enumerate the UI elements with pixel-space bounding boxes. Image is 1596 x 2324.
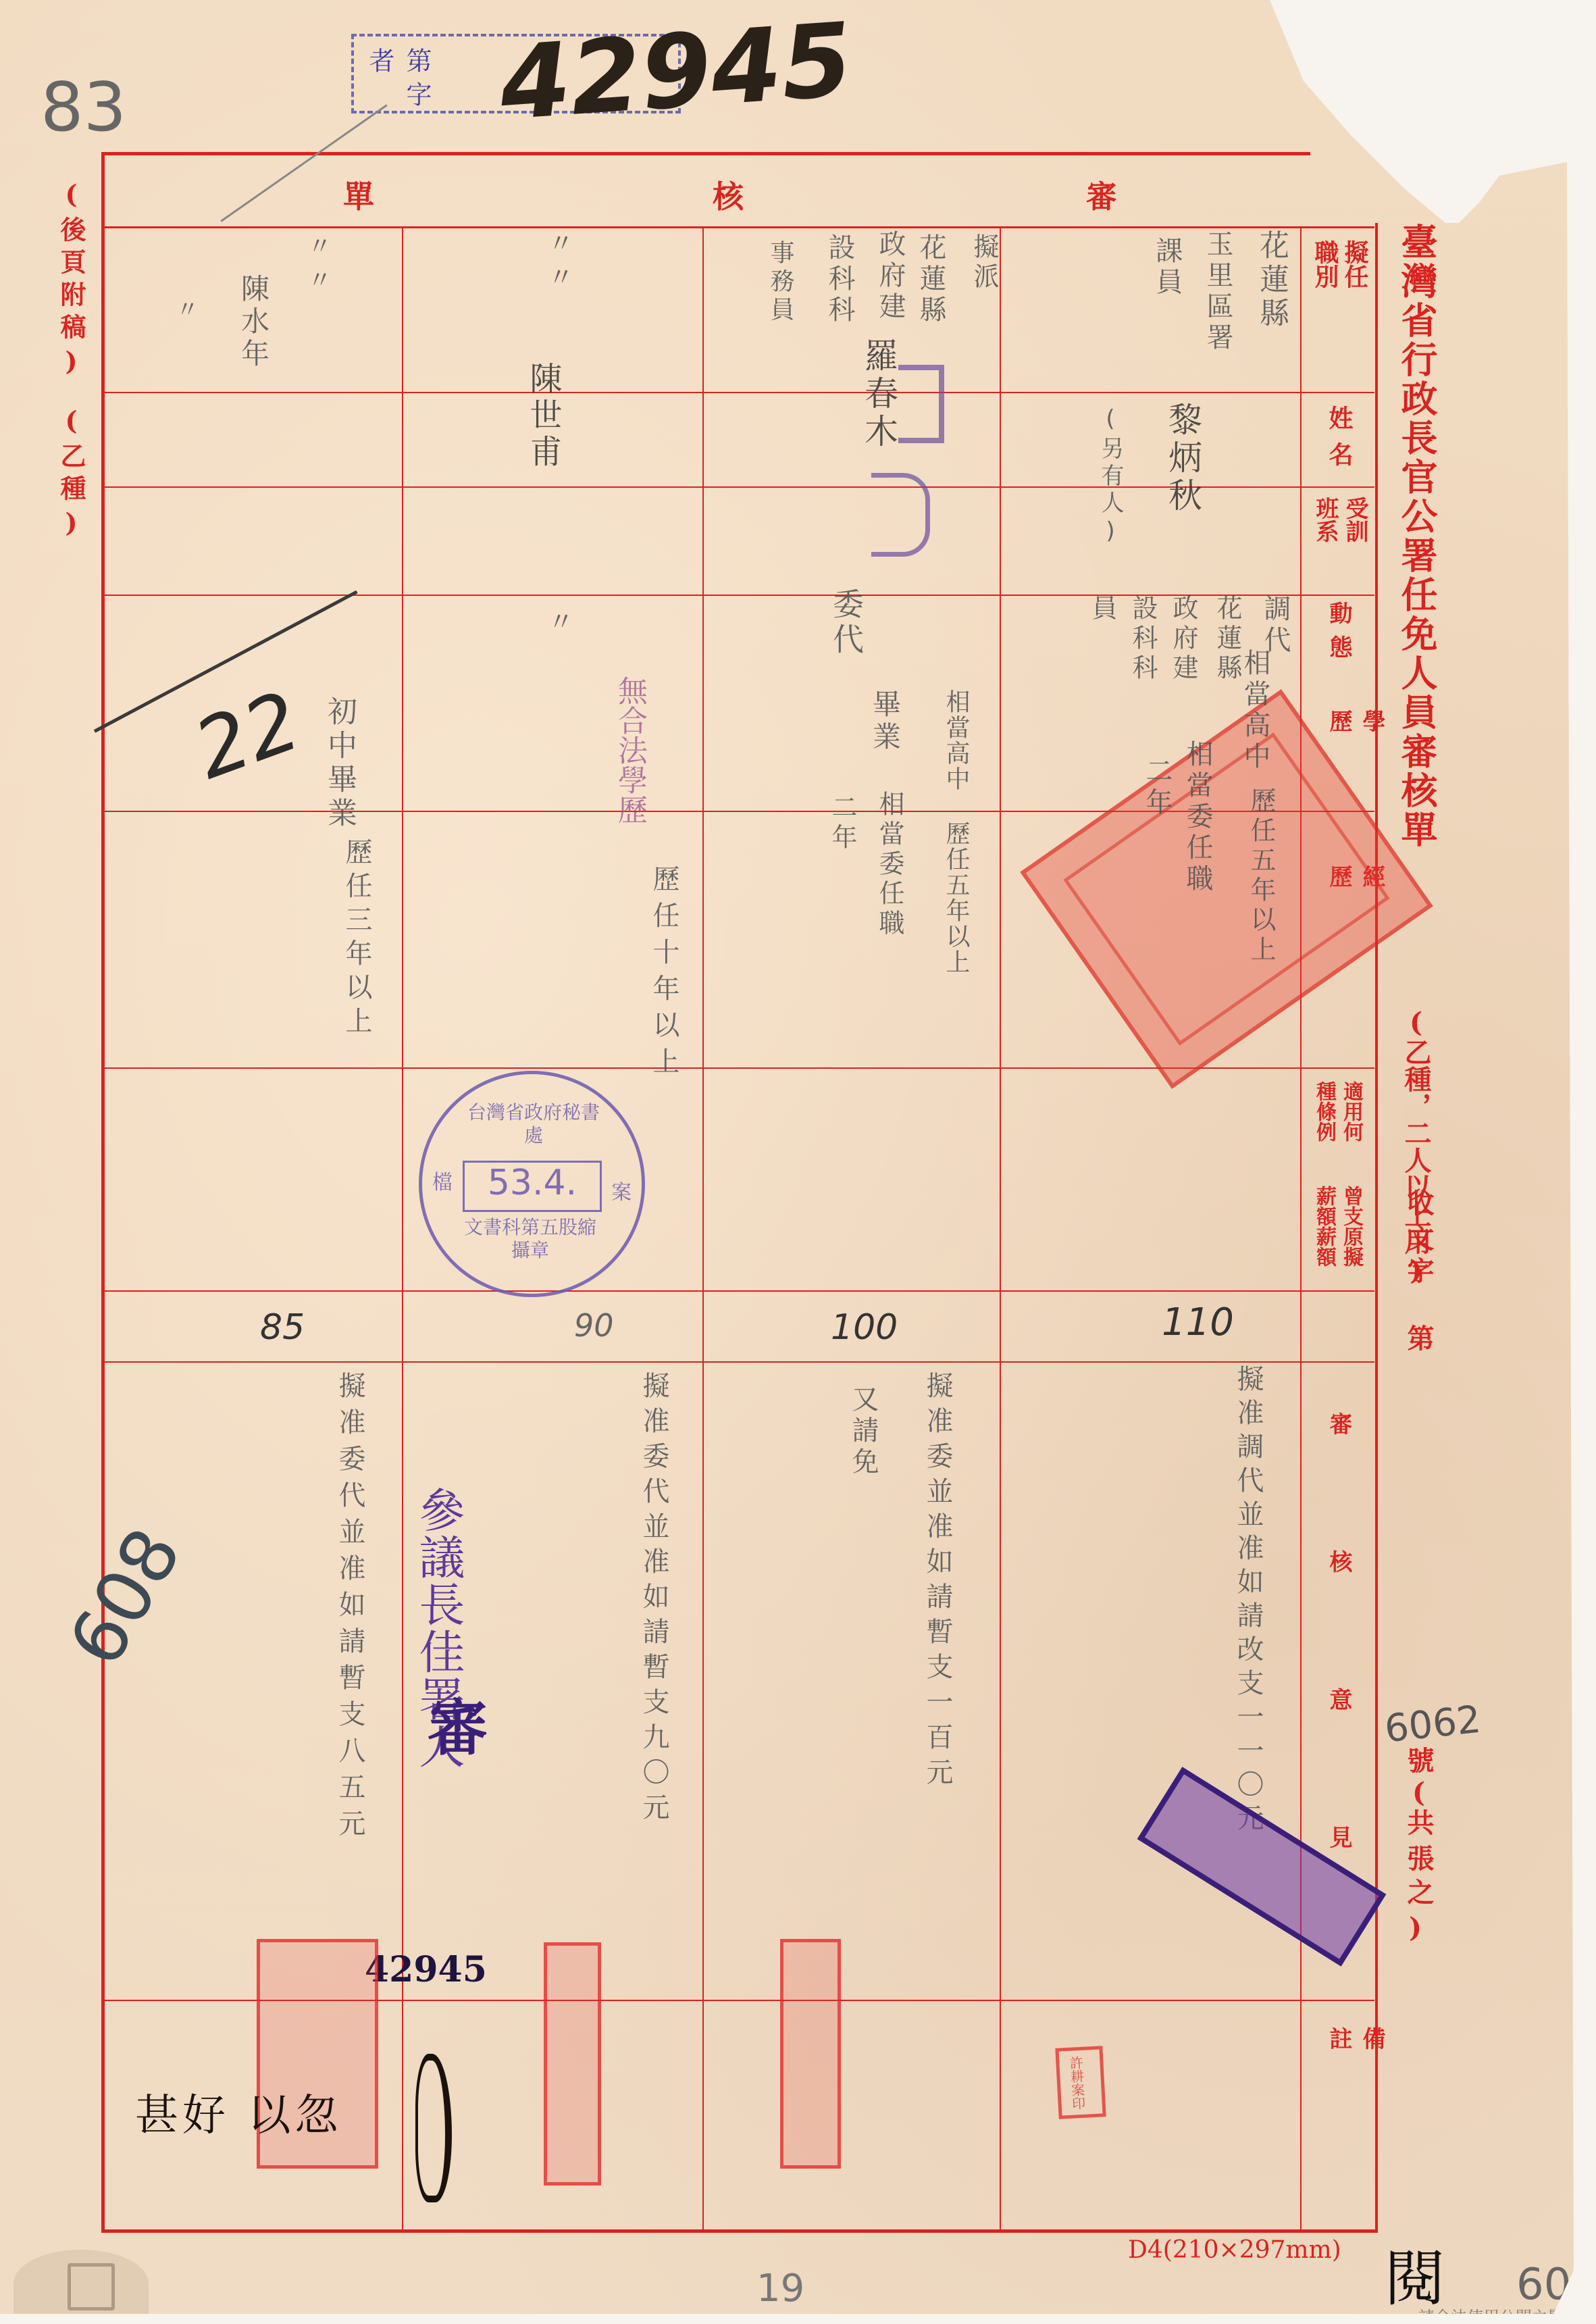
- person2-review-extra: 又請免: [844, 1385, 883, 1478]
- col-div-3: [1000, 226, 1001, 2233]
- receipt-label-1: 收文: [1399, 1189, 1438, 1259]
- person4-name: 陳水年: [233, 274, 274, 371]
- archive-logo-icon: [14, 2250, 149, 2317]
- person1-job-line2: 玉里區署: [1199, 230, 1237, 354]
- frame-top: [101, 152, 1310, 155]
- label-remarks: 備註: [1322, 2027, 1389, 2229]
- row-div-6: [105, 1290, 1374, 1292]
- person4-education: 初中畢業: [317, 696, 361, 831]
- red-seal-person2: [780, 1939, 841, 2169]
- person1-review: 擬准調代並准如請改支一一〇元: [1229, 1365, 1268, 1838]
- frame-bottom: [101, 2229, 1378, 2233]
- person1-status-1: 調代: [1256, 595, 1295, 657]
- person2-experience-3: 二年: [824, 794, 861, 853]
- top-stamp-text: 第 字 者: [361, 47, 436, 108]
- circle-stamp-bottom: 文書科第五股縮攝章: [456, 1216, 604, 1262]
- person3-education-stamp: 無合法學歷: [608, 676, 651, 824]
- purple-checkmark: [898, 365, 944, 443]
- page-number-pencil: 19: [756, 2267, 804, 2310]
- person2-experience-1: 相當高中 歷任五年以上: [939, 689, 973, 975]
- person1-job-line1: 花蓮縣: [1250, 230, 1293, 331]
- person2-job-4: 設科科: [821, 233, 859, 326]
- person2-job-3: 政府建: [871, 230, 910, 323]
- receipt-label-5: 張之: [1399, 1844, 1438, 1912]
- receipt-label-6: ): [1399, 1912, 1431, 1944]
- person2-name: 羅春木: [854, 338, 903, 451]
- person3-review: 擬准委代並准如請暫支九〇元: [635, 1371, 673, 1828]
- label-status: 動態: [1322, 601, 1356, 669]
- margin-note-attachment: (後頁附稿): [53, 179, 90, 383]
- label-training: 受訓班系: [1310, 497, 1370, 591]
- header-char-he: 核: [713, 172, 744, 217]
- label-regulation: 適用何種條例: [1310, 1081, 1364, 1162]
- label-name: 姓名: [1322, 405, 1357, 480]
- label-job: 擬任職別: [1310, 240, 1370, 382]
- row-div-7: [105, 1361, 1374, 1363]
- header-char-shen: 審: [1086, 172, 1117, 217]
- person1-status-5: 員: [1084, 595, 1121, 624]
- number-stamp: 42945: [365, 1949, 487, 1990]
- signature-seal: 審: [409, 1696, 496, 1757]
- person1-salary: 110: [1162, 1300, 1234, 1344]
- purple-circle-mark: [871, 473, 930, 557]
- person1-experience-3: 二年: [1138, 757, 1177, 819]
- person2-job-5: 事務員: [763, 240, 798, 325]
- person2-salary: 100: [831, 1307, 898, 1348]
- person3-name: 陳世甫: [520, 361, 567, 471]
- bottom-signature: 甚好 以忽: [135, 2081, 342, 2143]
- person2-status: 委代: [824, 588, 869, 658]
- small-red-seal-text: 許耕案印: [1066, 2056, 1088, 2111]
- person3-job-1: 〃: [540, 230, 577, 259]
- person4-experience: 歷任三年以上: [338, 838, 376, 1040]
- header-bottom: [105, 226, 1374, 228]
- col-div-1: [402, 226, 403, 2233]
- archive-circle-stamp: 台灣省政府秘書處 檔 案 53.4. 文書科第五股縮攝章: [419, 1071, 645, 1297]
- circle-stamp-date: 53.4.: [463, 1161, 602, 1212]
- person2-job-1: 擬派: [966, 233, 1003, 293]
- label-salary: 曾支原擬薪額薪額: [1310, 1186, 1364, 1294]
- big-pencil-number: 22: [183, 674, 312, 798]
- receipt-number-handwritten: 6062: [1383, 1698, 1483, 1752]
- person2-experience-2: 相當委任職: [871, 790, 908, 939]
- paper-size-label: D4(210×297mm): [1128, 2236, 1341, 2264]
- form-title: 臺灣省行政長官公署任免人員審核單: [1391, 223, 1443, 850]
- person1-education: 相當高中: [1236, 649, 1275, 773]
- person1-status-4: 設科科: [1125, 595, 1162, 684]
- person4-job-1: 〃: [301, 233, 335, 261]
- red-seal-person3: [544, 1942, 601, 2186]
- pencil-mark-83: 83: [41, 68, 126, 147]
- person4-status: 〃: [169, 297, 202, 324]
- person2-job-2: 花蓮縣: [912, 233, 950, 326]
- header-char-dan: 單: [343, 172, 374, 217]
- person2-education: 畢業: [865, 689, 905, 754]
- person4-job-2: 〃: [301, 267, 335, 295]
- receipt-label-3: 號: [1399, 1746, 1438, 1773]
- receipt-label-4: (共: [1399, 1777, 1438, 1836]
- person4-review: 擬准委代並准如請暫支八五元: [331, 1371, 369, 1846]
- person1-job-line3: 課員: [1148, 236, 1187, 299]
- person1-experience-1: 歷任五年以上: [1243, 787, 1280, 965]
- person3-job-2: 〃: [540, 263, 577, 293]
- circle-stamp-top: 台灣省政府秘書處: [459, 1101, 608, 1147]
- person1-experience-2: 相當委任職: [1179, 740, 1217, 895]
- person1-status-3: 政府建: [1165, 595, 1202, 684]
- pencil-608: 608: [52, 1514, 198, 1680]
- frame-left: [101, 152, 105, 2233]
- handwritten-file-number: 42945: [496, 1, 856, 143]
- margin-note-type: (乙種): [53, 405, 90, 545]
- receipt-label-2: 字第: [1399, 1257, 1438, 1392]
- person3-status: 〃: [540, 608, 577, 638]
- frame-right: [1375, 223, 1378, 2233]
- person4-salary: 85: [260, 1307, 305, 1348]
- document-paper: 第 字 者 42945 83 單 核 審 擬任職別 姓名 受訓班系 動態 學歷 …: [0, 0, 1596, 2324]
- col-div-2: [702, 226, 704, 2233]
- circle-stamp-left: 檔: [432, 1165, 453, 1195]
- person2-review: 擬准委並准如請暫支一百元: [919, 1371, 957, 1793]
- person1-name-note: (另有人): [1094, 405, 1127, 549]
- circle-stamp-right: 案: [611, 1176, 632, 1205]
- person1-name: 黎炳秋: [1158, 402, 1207, 515]
- person3-salary: 90: [574, 1307, 614, 1344]
- person3-experience: 歷任十年以上: [645, 865, 684, 1084]
- brush-circle-mark: [415, 2054, 452, 2202]
- small-red-seal: 許耕案印: [1055, 2046, 1106, 2119]
- row-div-1: [105, 392, 1374, 393]
